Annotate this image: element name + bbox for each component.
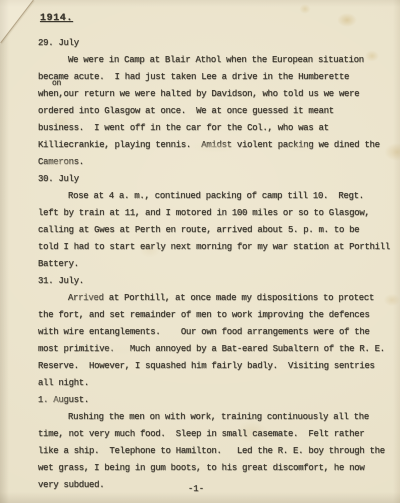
entry-line: Arrived at Porthill, at once made my dis… (38, 290, 394, 307)
entry-line: Rose at 4 a. m., continued packing of ca… (38, 188, 394, 205)
entry-line: Reserve. However, I squashed him fairly … (38, 358, 394, 375)
entry-line: Battery. (38, 256, 394, 273)
page-number: -1- (0, 483, 392, 495)
entry-line: left by train at 11, and I motored in 10… (38, 205, 394, 222)
entry-line: like a ship. Telephone to Hamilton. Led … (38, 443, 394, 460)
entry-line: the fort, and set remainder of men to wo… (38, 307, 394, 324)
entry-line: all night. (38, 375, 394, 392)
entry-line: Camerons. (38, 154, 394, 171)
entry-line: time, not very much food. Sleep in small… (38, 426, 394, 443)
entry-line: most primitive. Much annoyed by a Bat-ea… (38, 341, 394, 358)
entry-line: when,our return we were halted by Davids… (38, 86, 394, 103)
entry-line: We were in Camp at Blair Athol when the … (38, 52, 394, 69)
document-page: 1914. 29. JulyWe were in Camp at Blair A… (0, 0, 400, 503)
entry-date: 29. July (38, 35, 394, 52)
entry-line: with wire entanglements. Our own food ar… (38, 324, 394, 341)
entry-line: became acute. I had just taken Lee a dri… (38, 69, 394, 86)
entry-line: wet grass, I being in gum boots, to his … (38, 460, 394, 477)
entry-line: ordered into Glasgow at once. We at once… (38, 103, 394, 120)
entry-line: told I had to start early next morning f… (38, 239, 394, 256)
entry-date: 1. August. (38, 392, 394, 409)
entry-date: 31. July. (38, 273, 394, 290)
typed-text: 1914. 29. JulyWe were in Camp at Blair A… (38, 12, 394, 494)
entry-line: calling at Gwes at Perth en route, arriv… (38, 222, 394, 239)
entry-line: Rushing the men on with work, training c… (38, 409, 394, 426)
entry-date: 30. July (38, 171, 394, 188)
entry-line: business. I went off in the car for the … (38, 120, 394, 137)
year-heading: 1914. (40, 12, 394, 26)
entry-line: Killiecrankie, playing tennis. Amidst vi… (38, 137, 394, 154)
inserted-word: on (52, 79, 61, 88)
diary-entries: 29. JulyWe were in Camp at Blair Athol w… (38, 35, 394, 494)
